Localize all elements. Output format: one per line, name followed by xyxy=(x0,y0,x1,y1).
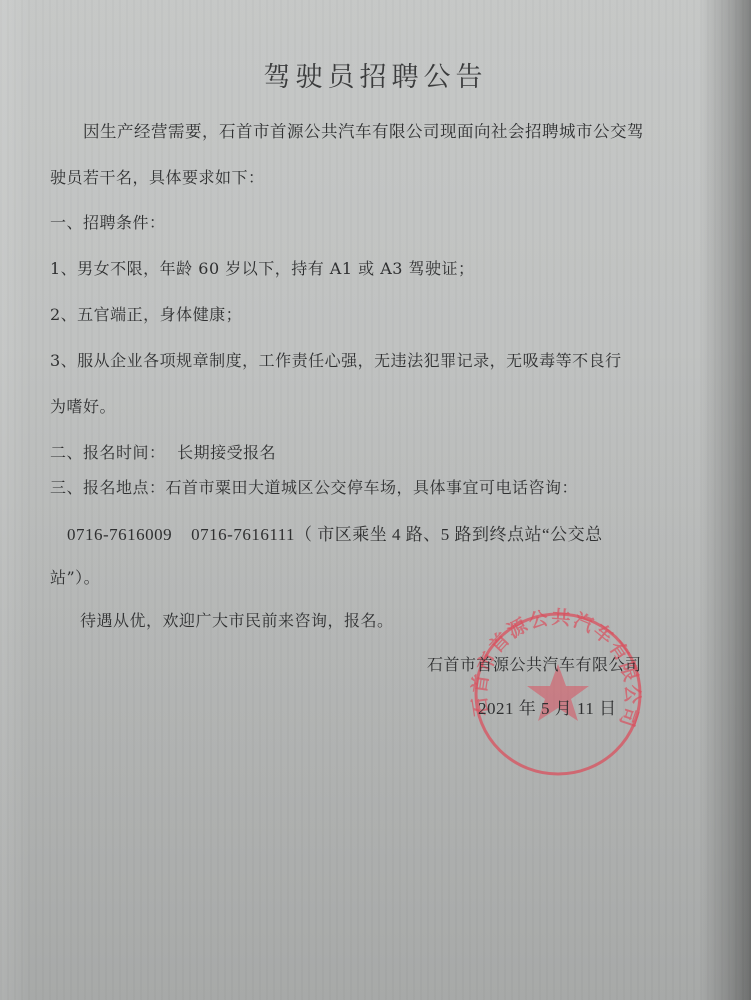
intro-line-2: 驶员若干名，具体要求如下： xyxy=(50,165,265,188)
document-title: 驾驶员招聘公告 xyxy=(0,55,751,94)
signature-date: 2021 年 5 月 11 日 xyxy=(478,694,617,719)
requirement-1: 1、男女不限，年龄 60 岁以下，持有 A1 或 A3 驾驶证； xyxy=(50,256,475,279)
paper-background xyxy=(0,0,751,1000)
contact-phones: 0716-7616009 0716-7616111（ 市区乘坐 4 路、5 路到… xyxy=(67,520,603,545)
section-1-heading: 一、招聘条件： xyxy=(50,210,166,233)
contact-phones-cont: 站”）。 xyxy=(50,565,100,588)
section-2-heading: 二、报名时间： xyxy=(50,443,166,462)
intro-line-1: 因生产经营需要，石首市首源公共汽车有限公司现面向社会招聘城市公交驾 xyxy=(83,118,644,142)
requirement-2: 2、五官端正，身体健康； xyxy=(50,302,242,325)
signature-company: 石首市首源公共汽车有限公司 xyxy=(427,652,642,675)
section-3-heading: 三、报名地点：石首市粟田大道城区公交停车场，具体事宜可电话咨询： xyxy=(50,475,578,498)
closing-text: 待遇从优，欢迎广大市民前来咨询，报名。 xyxy=(80,608,394,631)
registration-time: 长期接受报名 xyxy=(177,443,276,462)
requirement-3: 3、服从企业各项规章制度，工作责任心强，无违法犯罪记录，无吸毒等不良行 xyxy=(50,348,622,371)
requirement-3-cont: 为嗜好。 xyxy=(50,394,116,417)
section-2-line: 二、报名时间： 长期接受报名 xyxy=(50,440,276,463)
